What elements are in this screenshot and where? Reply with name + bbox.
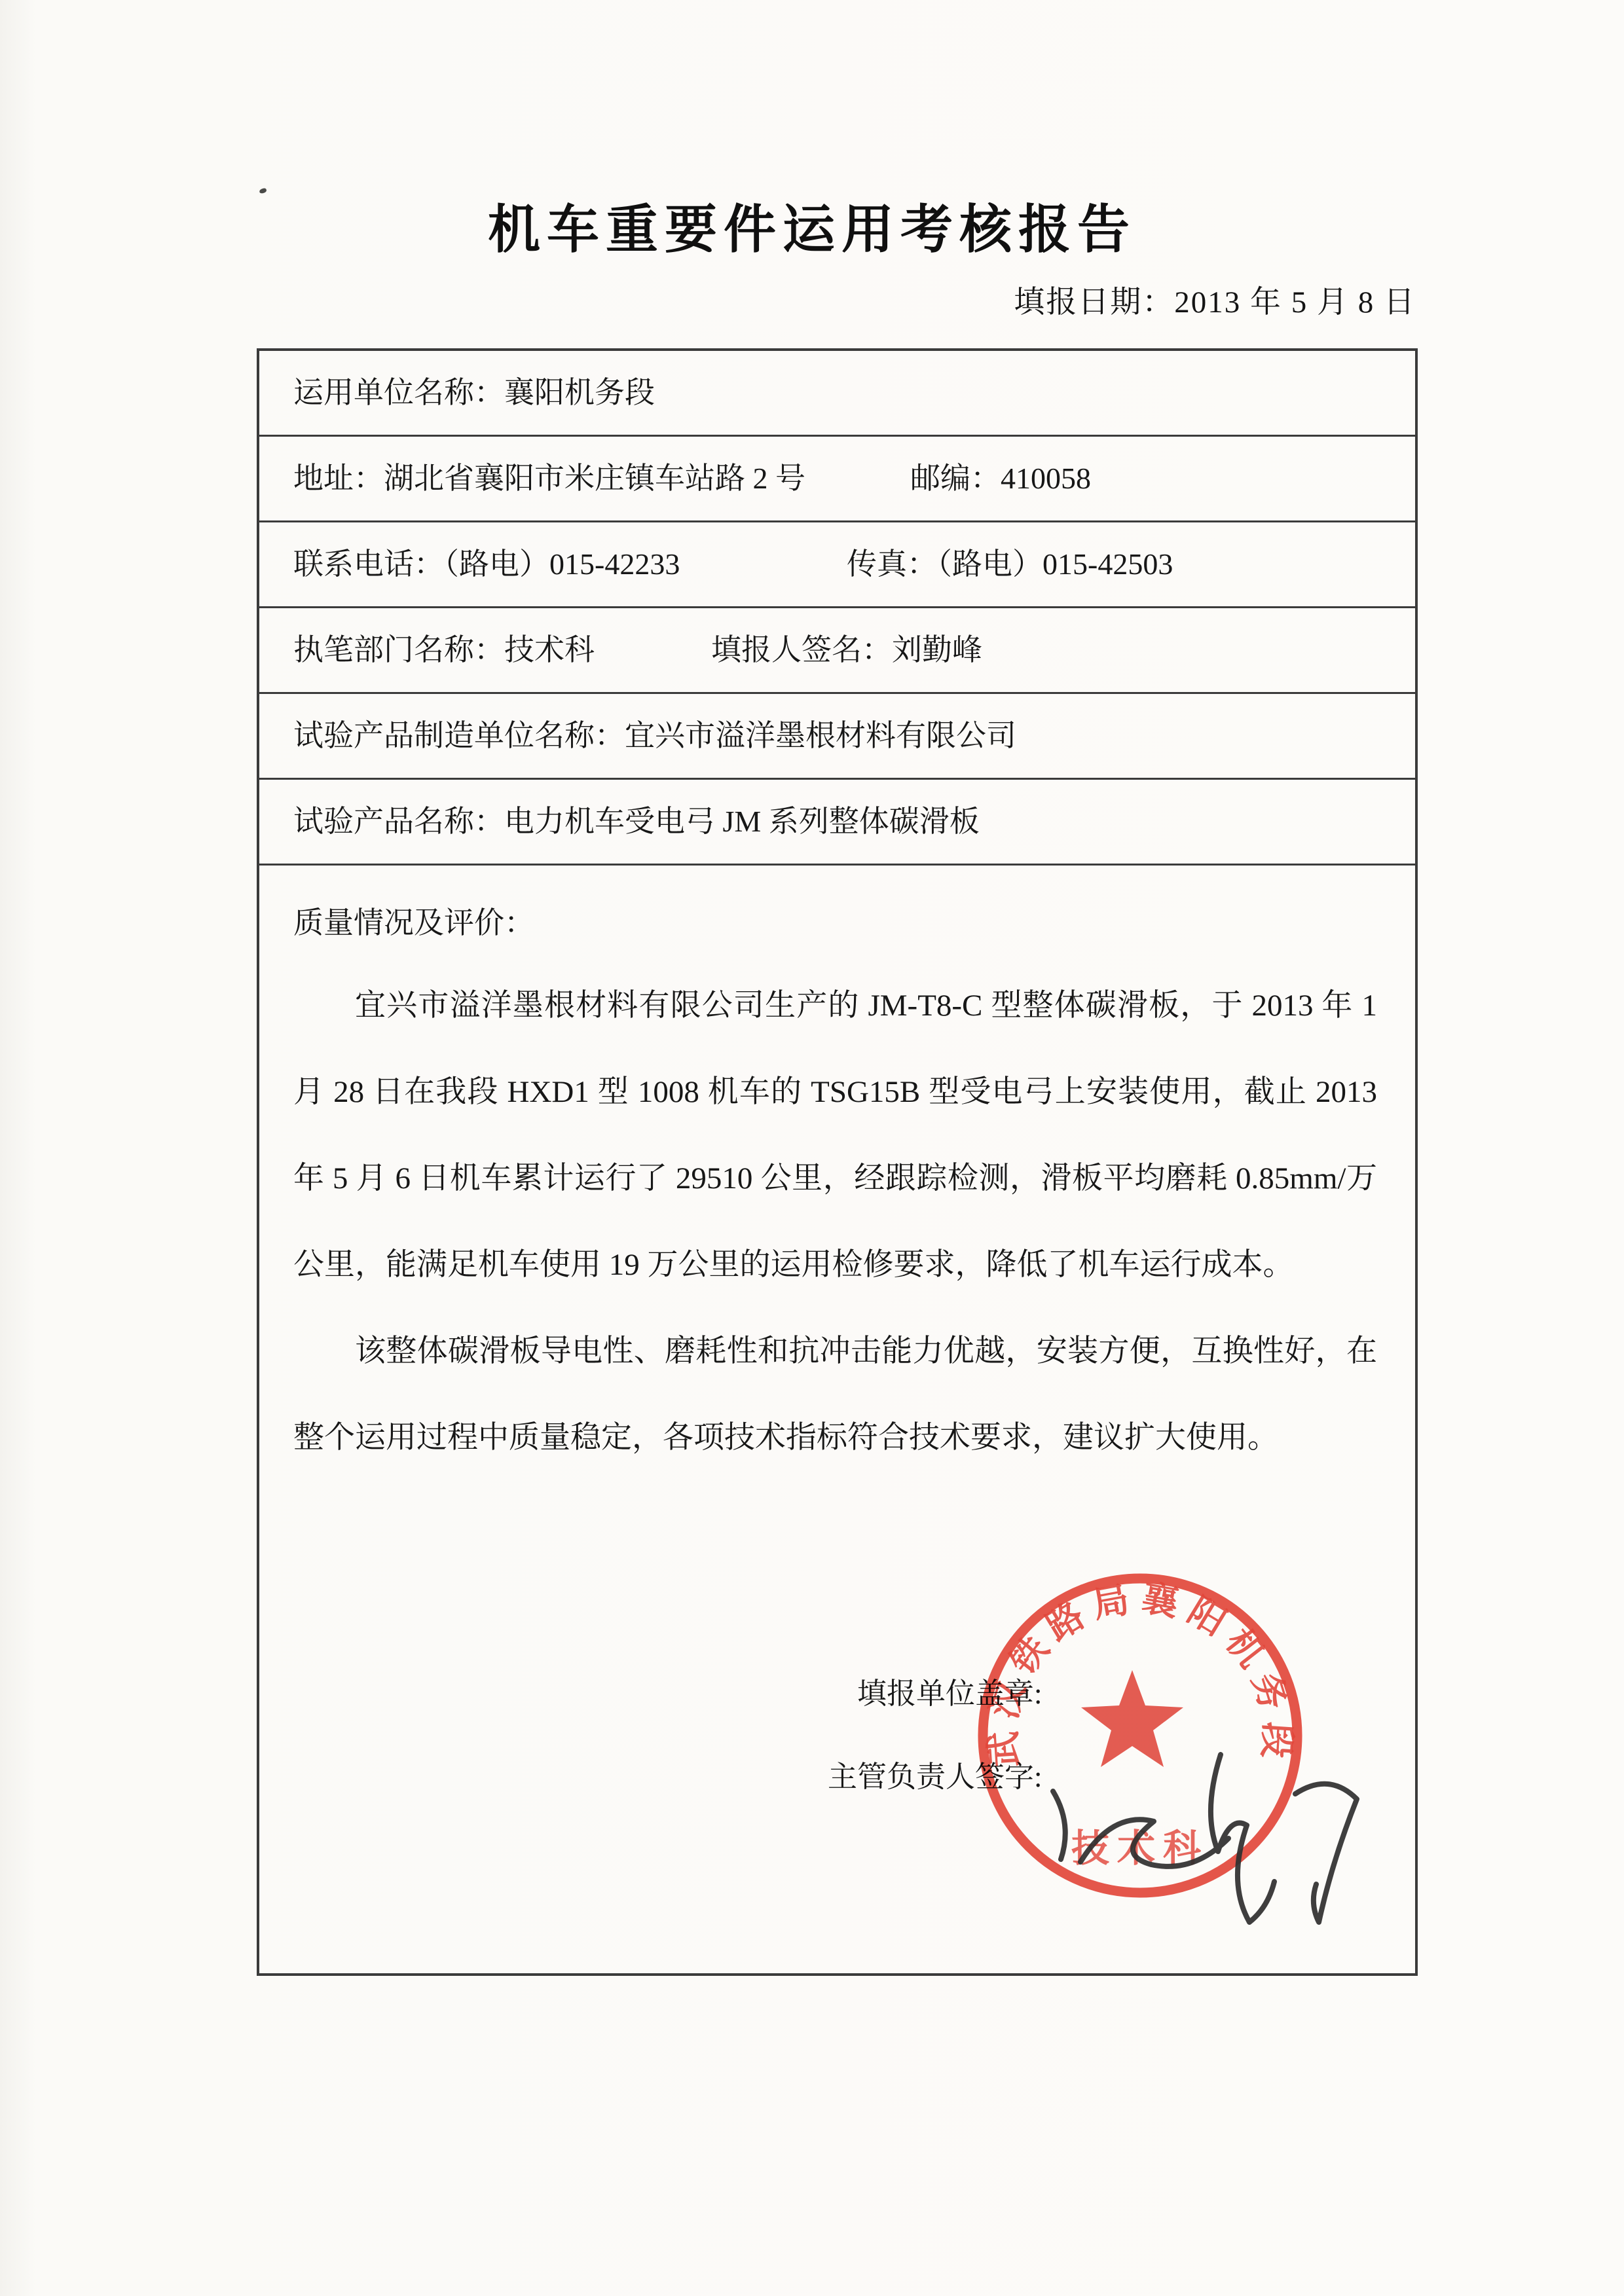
quality-heading: 质量情况及评价：: [293, 903, 534, 943]
table-row-address: 地址：湖北省襄阳市米庄镇车站路 2 号 邮编：410058: [259, 437, 1415, 522]
quality-paragraph-2: 该整体碳滑板导电性、磨耗性和抗冲击能力优越，安装方便，互换性好，在整个运用过程中…: [293, 1308, 1377, 1481]
phone-field: 联系电话：（路电）015-42233: [293, 522, 680, 606]
table-row-unit-name: 运用单位名称：襄阳机务段: [259, 351, 1415, 437]
signature-stroke: [1053, 1791, 1065, 1859]
address-field: 地址：湖北省襄阳市米庄镇车站路 2 号: [293, 437, 805, 520]
fax-field: 传真：（路电）015-42503: [847, 522, 1173, 606]
scanned-report-page: 机车重要件运用考核报告 填报日期：2013 年 5 月 8 日 运用单位名称：襄…: [0, 0, 1624, 2296]
table-row-product: 试验产品名称：电力机车受电弓 JM 系列整体碳滑板: [259, 780, 1415, 866]
signature-stroke: [1295, 1784, 1357, 1922]
unit-name-field: 运用单位名称：襄阳机务段: [293, 351, 655, 435]
signature-stroke: [1211, 1755, 1274, 1922]
fill-date: 填报日期：2013 年 5 月 8 日: [1014, 278, 1416, 321]
manufacturer-field: 试验产品制造单位名称：宜兴市溢洋墨根材料有限公司: [293, 694, 1016, 778]
product-field: 试验产品名称：电力机车受电弓 JM 系列整体碳滑板: [293, 780, 980, 864]
table-row-quality: 质量情况及评价： 宜兴市溢洋墨根材料有限公司生产的 JM-T8-C 型整体碳滑板…: [259, 866, 1415, 1975]
table-row-manufacturer: 试验产品制造单位名称：宜兴市溢洋墨根材料有限公司: [259, 694, 1415, 780]
quality-evaluation-text: 宜兴市溢洋墨根材料有限公司生产的 JM-T8-C 型整体碳滑板，于 2013 年…: [293, 962, 1377, 1481]
quality-paragraph-1: 宜兴市溢洋墨根材料有限公司生产的 JM-T8-C 型整体碳滑板，于 2013 年…: [293, 962, 1377, 1308]
manager-signature-graphic: [1024, 1714, 1391, 1963]
signature-stroke: [1080, 1819, 1228, 1867]
postcode-field: 邮编：410058: [910, 437, 1091, 520]
reporter-field: 填报人签名：刘勤峰: [711, 608, 982, 692]
department-field: 执笔部门名称：技术科: [293, 608, 595, 692]
table-row-department: 执笔部门名称：技术科 填报人签名：刘勤峰: [259, 608, 1415, 694]
page-title: 机车重要件运用考核报告: [0, 187, 1624, 263]
report-form-table: 运用单位名称：襄阳机务段 地址：湖北省襄阳市米庄镇车站路 2 号 邮编：4100…: [257, 348, 1418, 1976]
table-row-contact: 联系电话：（路电）015-42233 传真：（路电）015-42503: [259, 522, 1415, 608]
